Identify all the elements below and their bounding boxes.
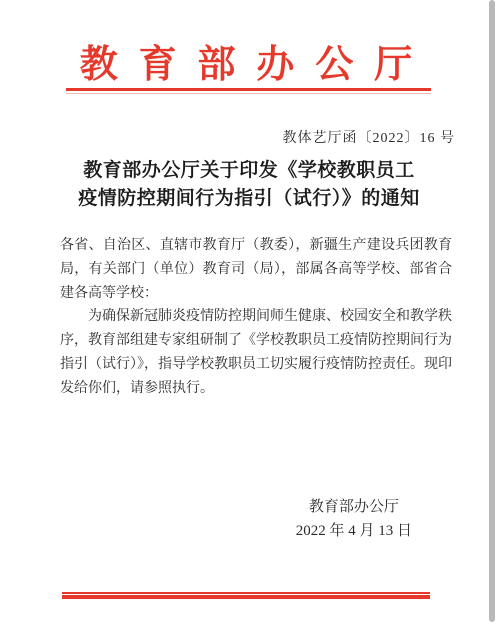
document-page: 教育部办公厅 教体艺厅函〔2022〕16 号 教育部办公厅关于印发《学校教职员工… [0,0,498,641]
letterhead-divider-line [66,88,431,94]
footer-divider-thin-bar [62,592,430,594]
document-body: 各省、自治区、直辖市教育厅（教委），新疆生产建设兵团教育局，有关部门（单位）教育… [60,234,452,401]
document-number: 教体艺厅函〔2022〕16 号 [283,127,456,147]
footer-divider-line [62,592,430,599]
document-title: 教育部办公厅关于印发《学校教职员工 疫情防控期间行为指引（试行）》的通知 [0,157,498,213]
letterhead-divider-thin-bar [66,93,431,94]
scrollbar-thumb[interactable] [489,0,495,622]
recipients-paragraph: 各省、自治区、直辖市教育厅（教委），新疆生产建设兵团教育局，有关部门（单位）教育… [60,234,452,305]
document-title-line2: 疫情防控期间行为指引（试行）》的通知 [0,185,498,213]
letterhead-agency-text: 教育部办公厅 [80,44,433,86]
letterhead-divider-thick-bar [66,88,431,91]
signature-date: 2022 年 4 月 13 日 [296,520,412,544]
document-title-line1: 教育部办公厅关于印发《学校教职员工 [0,157,498,185]
letterhead-agency-name: 教育部办公厅 [0,33,492,88]
signature-block: 教育部办公厅 2022 年 4 月 13 日 [296,496,412,543]
signature-agency: 教育部办公厅 [296,496,412,520]
body-paragraph: 为确保新冠肺炎疫情防控期间师生健康、校园安全和教学秩序，教育部组建专家组研制了《… [60,305,452,400]
footer-divider-thick-bar [62,595,430,599]
